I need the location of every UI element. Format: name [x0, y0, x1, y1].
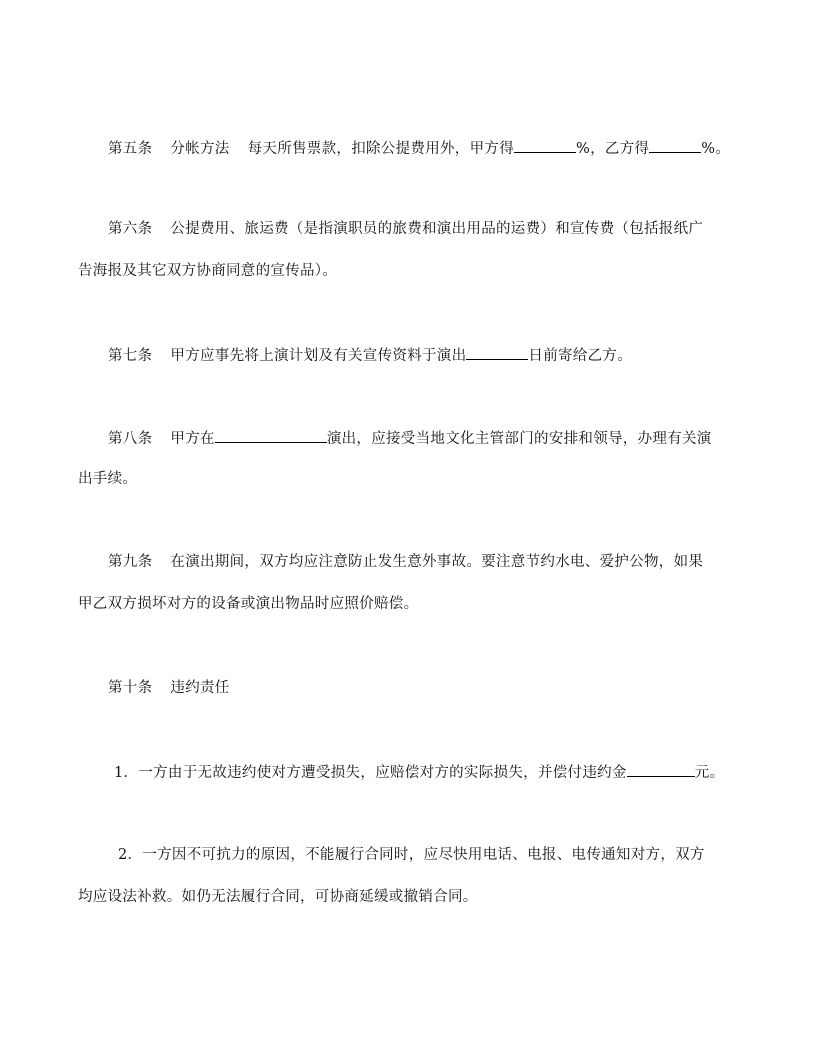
article-heading: 第九条: [108, 554, 152, 570]
article-10-item-2: 2．一方因不可抗力的原因，不能履行合同时，应尽快用电话、电报、电传通知对方，双方: [118, 845, 705, 865]
article-title: 分帐方法: [170, 141, 229, 157]
article-10: 第十条违约责任: [108, 678, 230, 698]
blank-field-days[interactable]: [466, 344, 528, 360]
article-text: 一方由于无故违约使对方遭受损失，应赔偿对方的实际损失，并偿付违约金: [138, 765, 626, 781]
article-text: 甲乙双方损坏对方的设备或演出物品时应照价赔偿。: [78, 596, 418, 612]
item-number: 1．: [114, 765, 138, 781]
article-text: %。: [701, 141, 730, 157]
article-7: 第七条甲方应事先将上演计划及有关宣传资料于演出日前寄给乙方。: [108, 344, 632, 366]
article-text: 一方因不可抗力的原因，不能履行合同时，应尽快用电话、电报、电传通知对方，双方: [142, 847, 704, 863]
article-heading: 第七条: [108, 348, 152, 364]
article-8-continued: 出手续。: [78, 469, 137, 489]
article-text: 均应设法补救。如仍无法履行合同，可协商延缓或撤销合同。: [78, 889, 478, 905]
item-number: 2．: [118, 847, 142, 863]
article-text: 元。: [695, 765, 725, 781]
blank-field-venue[interactable]: [215, 427, 327, 443]
article-text: 在演出期间，双方均应注意防止发生意外事故。要注意节约水电、爱护公物，如果: [170, 554, 703, 570]
article-6-continued: 告海报及其它双方协商同意的宣传品）。: [78, 261, 337, 281]
article-heading: 第十条: [108, 680, 152, 696]
blank-field-penalty-amount[interactable]: [627, 761, 695, 777]
article-10-item-1: 1．一方由于无故违约使对方遭受损失，应赔偿对方的实际损失，并偿付违约金元。: [114, 761, 724, 783]
article-5: 第五条分帐方法每天所售票款，扣除公提费用外，甲方得%，乙方得%。: [108, 137, 730, 159]
article-text: 出手续。: [78, 471, 137, 487]
article-8: 第八条甲方在演出，应接受当地文化主管部门的安排和领导，办理有关演: [108, 427, 712, 449]
article-heading: 第五条: [108, 141, 152, 157]
article-text: 每天所售票款，扣除公提费用外，甲方得: [248, 141, 514, 157]
article-text: %，乙方得: [576, 141, 649, 157]
article-text: 甲方应事先将上演计划及有关宣传资料于演出: [170, 348, 466, 364]
article-10-item-2-continued: 均应设法补救。如仍无法履行合同，可协商延缓或撤销合同。: [78, 887, 478, 907]
article-text: 甲方在: [170, 431, 214, 447]
article-text: 演出，应接受当地文化主管部门的安排和领导，办理有关演: [327, 431, 712, 447]
article-text: 日前寄给乙方。: [528, 348, 632, 364]
article-9: 第九条在演出期间，双方均应注意防止发生意外事故。要注意节约水电、爱护公物，如果: [108, 552, 703, 572]
blank-field-party-a-percent[interactable]: [514, 137, 576, 153]
article-heading: 第八条: [108, 431, 152, 447]
article-text: 公提费用、旅运费（是指演职员的旅费和演出用品的运费）和宣传费（包括报纸广: [170, 221, 703, 237]
article-text: 告海报及其它双方协商同意的宣传品）。: [78, 263, 337, 279]
article-6: 第六条公提费用、旅运费（是指演职员的旅费和演出用品的运费）和宣传费（包括报纸广: [108, 219, 703, 239]
blank-field-party-b-percent[interactable]: [649, 137, 701, 153]
article-heading: 第六条: [108, 221, 152, 237]
article-9-continued: 甲乙双方损坏对方的设备或演出物品时应照价赔偿。: [78, 594, 418, 614]
article-title: 违约责任: [170, 680, 229, 696]
